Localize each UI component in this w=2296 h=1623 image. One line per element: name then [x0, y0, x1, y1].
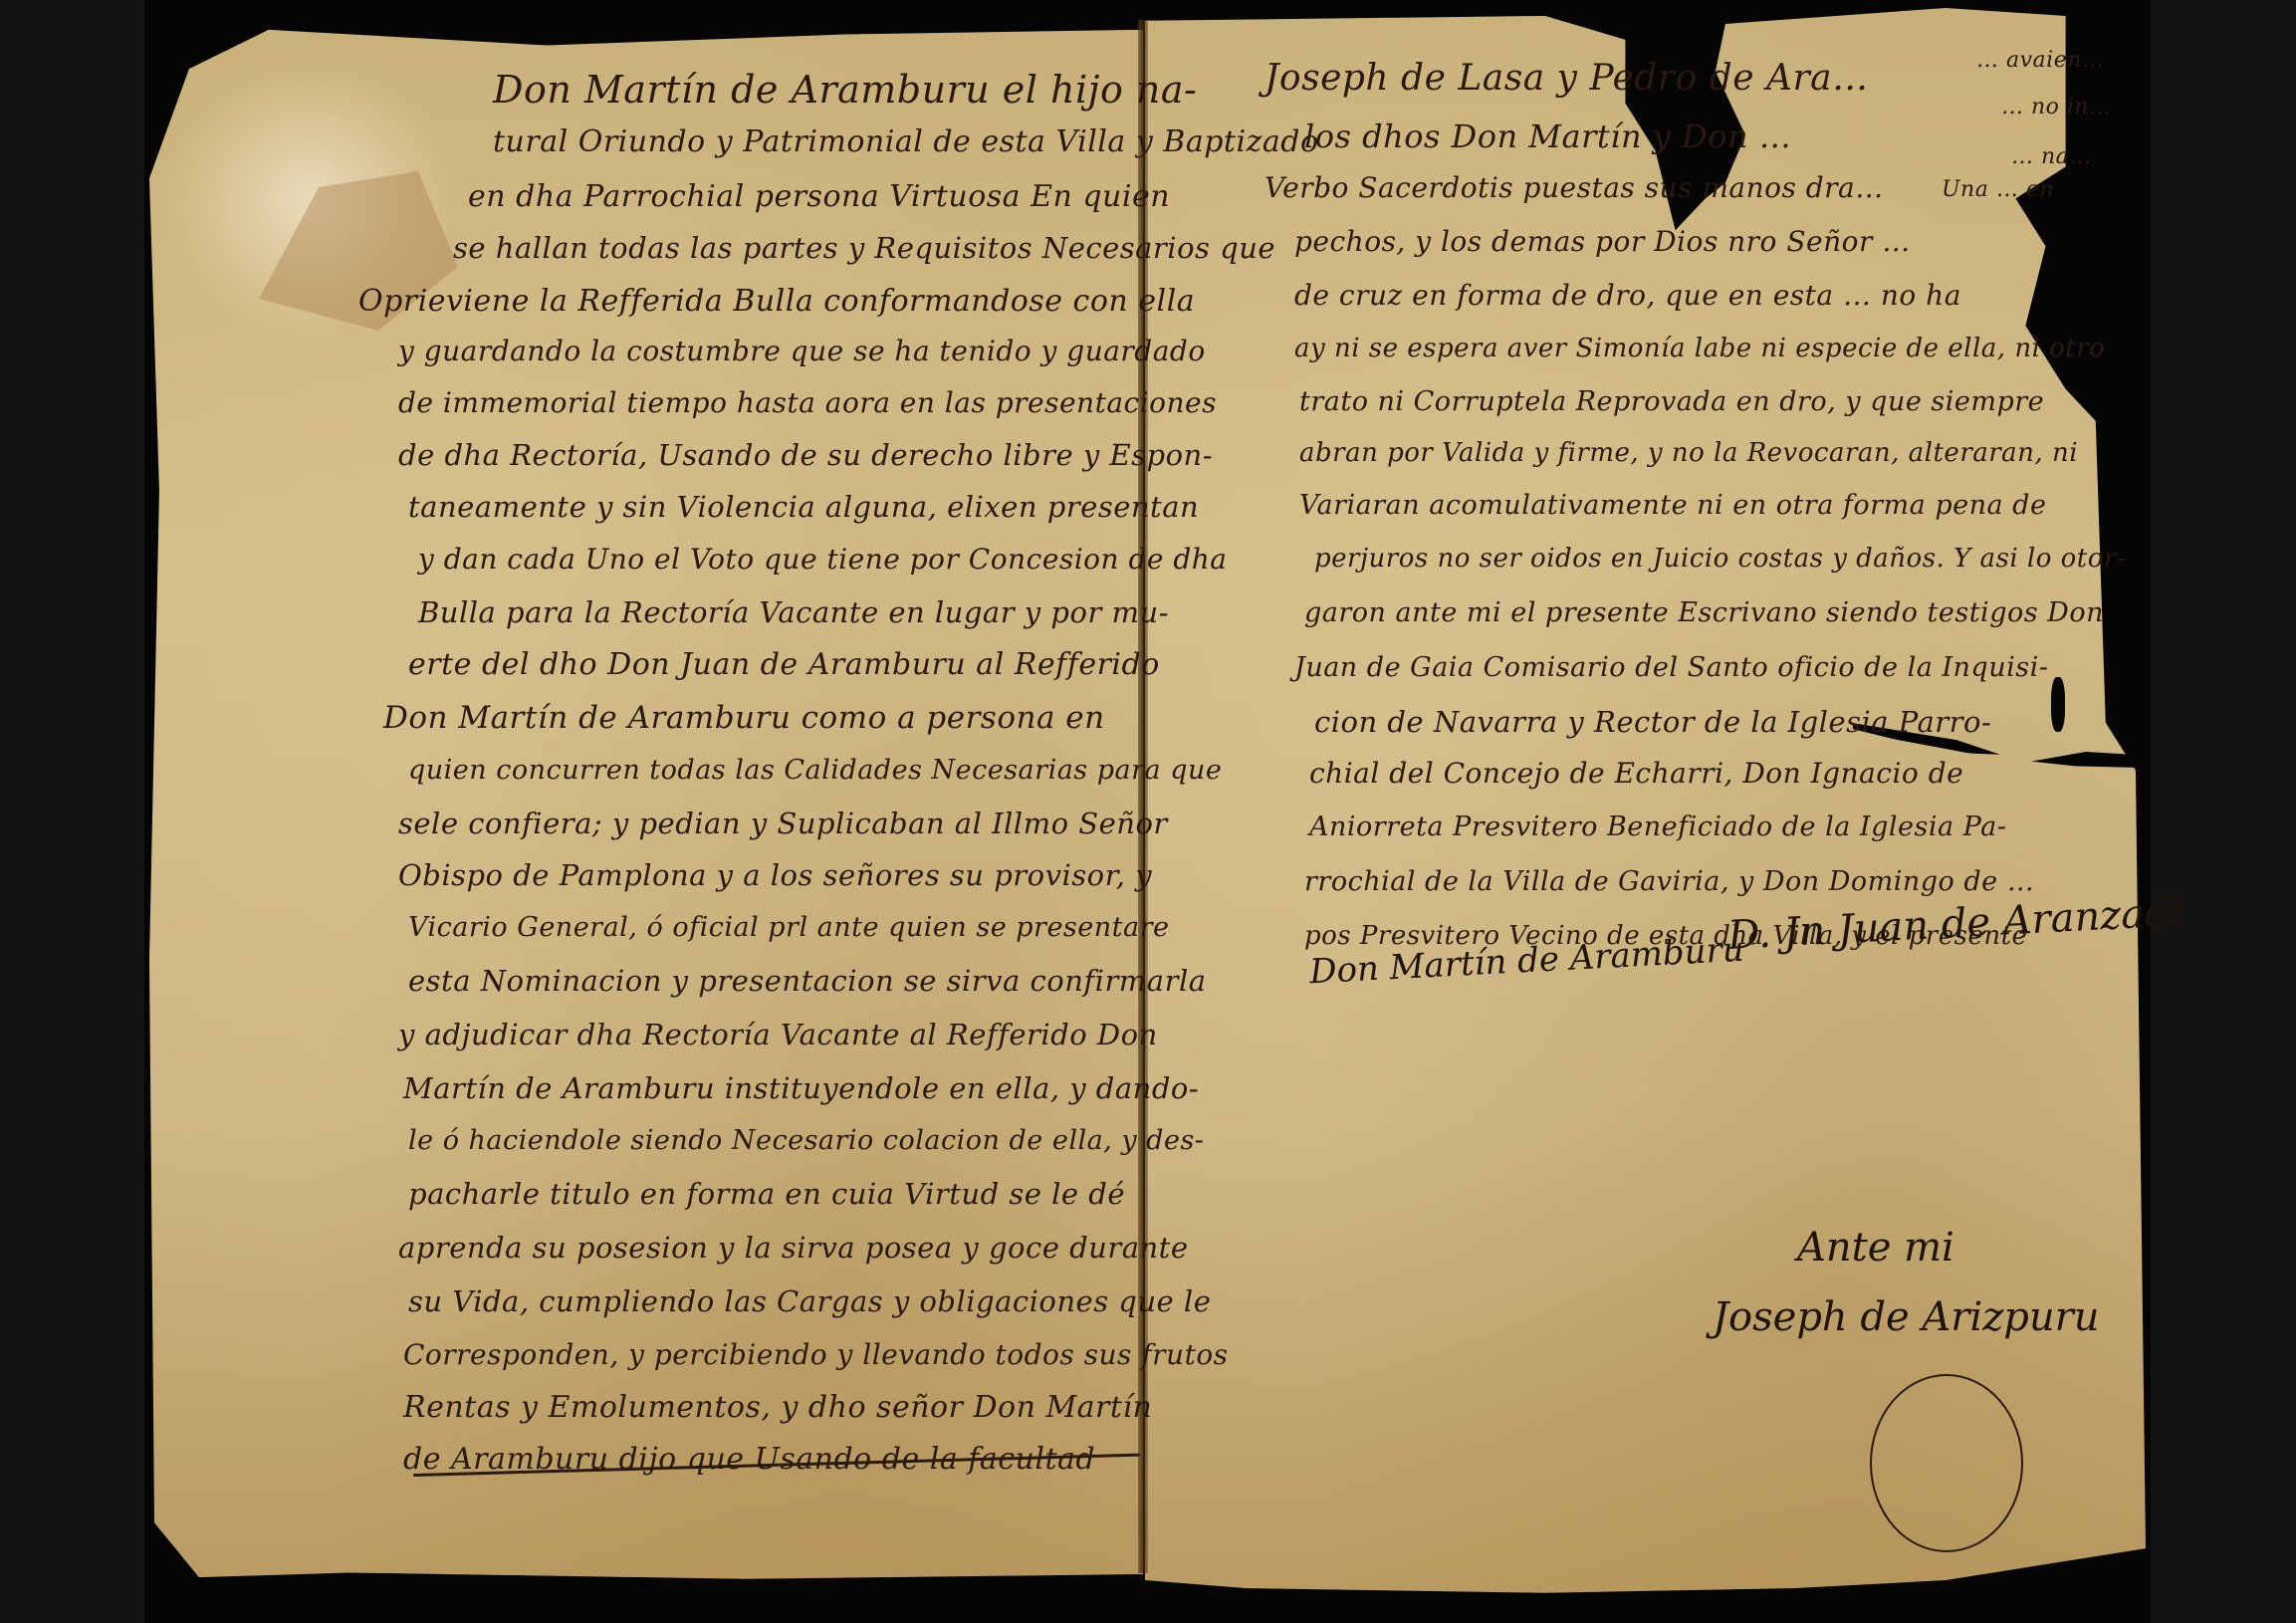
signature-ante-mi: Ante mi [1797, 1225, 1954, 1271]
manuscript-line: en dha Parrochial persona Virtuosa En qu… [468, 179, 1170, 214]
manuscript-line: cion de Navarra y Rector de la Iglesia P… [1314, 705, 1991, 739]
torn-fragment-text: … no in… [2001, 95, 2112, 119]
manuscript-line: quien concurren todas las Calidades Nece… [408, 755, 1222, 786]
manuscript-line: Corresponden, y percibiendo y llevando t… [403, 1338, 1229, 1371]
signature-joseph-arizpuru: Joseph de Arizpuru [1713, 1294, 2100, 1340]
manuscript-line: rrochial de la Villa de Gaviria, y Don D… [1304, 866, 2034, 897]
manuscript-line: Bulla para la Rectoría Vacante en lugar … [418, 595, 1169, 629]
manuscript-line: Joseph de Lasa y Pedro de Ara… [1264, 58, 1869, 99]
manuscript-line: Oprieviene la Refferida Bulla conformand… [358, 284, 1195, 319]
manuscript-line: Juan de Gaia Comisario del Santo oficio … [1294, 652, 2048, 683]
manuscript-line: su Vida, cumpliendo las Cargas y obligac… [408, 1284, 1211, 1318]
manuscript-line: abran por Valida y firme, y no la Revoca… [1299, 438, 2078, 468]
manuscript-line: de dha Rectoría, Usando de su derecho li… [398, 438, 1213, 472]
manuscript-line: y dan cada Uno el Voto que tiene por Con… [418, 543, 1228, 576]
tear-hole [2051, 677, 2065, 732]
manuscript-line: tural Oriundo y Patrimonial de esta Vill… [493, 124, 1319, 159]
manuscript-line: y guardando la costumbre que se ha tenid… [398, 335, 1206, 367]
manuscript-line: Variaran acomulativamente ni en otra for… [1299, 490, 2046, 521]
manuscript-line: aprenda su posesion y la sirva posea y g… [398, 1231, 1189, 1265]
torn-fragment-text: … avaien… [1976, 48, 2104, 73]
notary-flourish [1870, 1374, 2023, 1552]
manuscript-line: pacharle titulo en forma en cuia Virtud … [408, 1177, 1125, 1211]
manuscript-line: esta Nominacion y presentacion se sirva … [408, 964, 1207, 998]
manuscript-line: chial del Concejo de Echarri, Don Ignaci… [1309, 757, 1963, 790]
manuscript-line: se hallan todas las partes y Requisitos … [453, 231, 1275, 265]
manuscript-line: erte del dho Don Juan de Aramburu al Ref… [408, 647, 1160, 682]
manuscript-line: y adjudicar dha Rectoría Vacante al Reff… [398, 1018, 1158, 1051]
manuscript-line: taneamente y sin Violencia alguna, elixe… [408, 490, 1199, 524]
manuscript-line: Obispo de Pamplona y a los señores su pr… [398, 858, 1152, 892]
torn-fragment-text: … na… [2011, 144, 2092, 169]
torn-fragment-text: Una … en [1942, 177, 2054, 202]
manuscript-line: de cruz en forma de dro, que en esta … n… [1294, 279, 1961, 312]
manuscript-line: Don Martín de Aramburu el hijo na- [493, 68, 1197, 112]
manuscript-line: Martín de Aramburu instituyendole en ell… [403, 1071, 1199, 1105]
manuscript-line: le ó haciendole siendo Necesario colacio… [408, 1125, 1204, 1156]
manuscript-line: Verbo Sacerdotis puestas sus manos dra… [1264, 171, 1884, 204]
manuscript-line: los dhos Don Martín y Don … [1304, 117, 1791, 155]
manuscript-line: Rentas y Emolumentos, y dho señor Don Ma… [403, 1390, 1152, 1425]
manuscript-line: de immemorial tiempo hasta aora en las p… [398, 386, 1217, 419]
manuscript-line: sele confiera; y pedian y Suplicaban al … [398, 807, 1168, 840]
manuscript-line: Vicario General, ó oficial prl ante quie… [408, 912, 1169, 943]
manuscript-line: ay ni se espera aver Simonía labe ni esp… [1294, 334, 2105, 363]
manuscript-line: garon ante mi el presente Escrivano sien… [1304, 597, 2104, 628]
manuscript-line: pechos, y los demas por Dios nro Señor … [1294, 225, 1911, 258]
manuscript-line: trato ni Corruptela Reprovada en dro, y … [1299, 386, 2044, 417]
manuscript-line: perjuros no ser oidos en Juicio costas y… [1314, 544, 2126, 574]
manuscript-line: Aniorreta Presvitero Beneficiado de la I… [1309, 811, 2006, 842]
manuscript-line: Don Martín de Aramburu como a persona en [383, 700, 1105, 736]
